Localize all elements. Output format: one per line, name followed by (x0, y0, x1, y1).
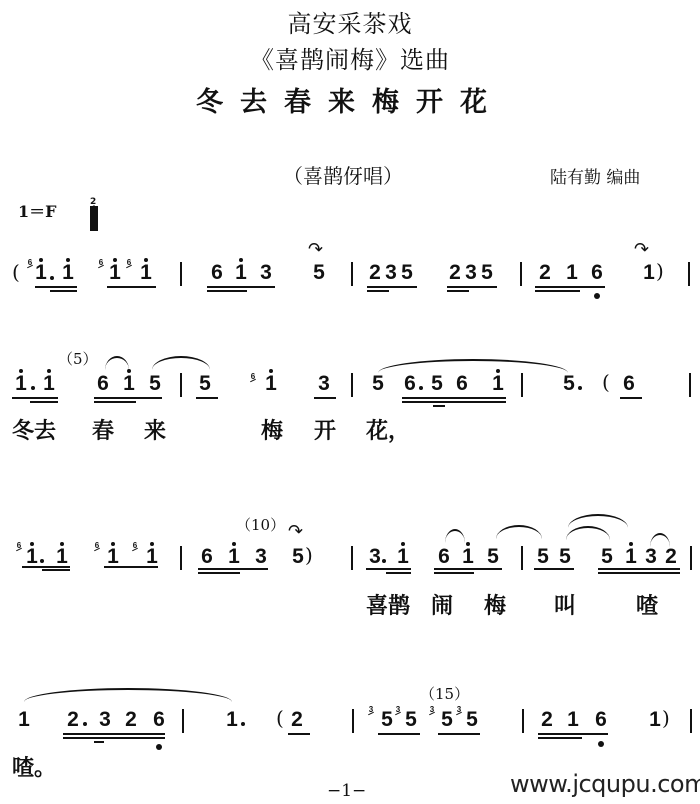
high-octave-dot (66, 258, 70, 262)
slur (496, 525, 542, 539)
lyric: 开 (314, 420, 336, 444)
note: 1 (145, 546, 159, 568)
underline-sixteenth (63, 737, 165, 739)
note: 2 (368, 262, 382, 284)
underline-thirtysecond (433, 405, 445, 407)
note: 5 (465, 709, 479, 731)
high-octave-dot (113, 258, 117, 262)
underline-sixteenth (434, 572, 474, 574)
grace-note: 6 (93, 542, 101, 550)
slur (445, 529, 465, 543)
slur (24, 688, 232, 702)
lyric: 喳 (636, 595, 658, 619)
slur (152, 356, 210, 370)
barline (351, 546, 353, 570)
key-signature: 1＝F (18, 199, 57, 222)
high-octave-dot (39, 258, 43, 262)
grace-note: 3 (394, 706, 402, 714)
grace-note: 3 (367, 706, 375, 714)
singer-role: （喜鹊伢唱） (283, 160, 403, 189)
note: 3 (384, 262, 398, 284)
note: 3 (254, 546, 268, 568)
note: 6 (590, 262, 604, 284)
lyric: 来 (144, 420, 166, 444)
underline-eighth (620, 397, 642, 399)
note: 6 (210, 262, 224, 284)
note: 1 (225, 709, 239, 731)
note: 5 (480, 262, 494, 284)
note: 1 (565, 262, 579, 284)
underline-eighth (535, 286, 605, 288)
note: 3 (259, 262, 273, 284)
barline (351, 373, 353, 397)
underline-eighth (288, 733, 310, 735)
note: 1 (461, 546, 475, 568)
augmentation-dot (31, 386, 35, 390)
underline-sixteenth (30, 401, 58, 403)
open-paren: ( (602, 371, 610, 393)
underline-sixteenth (42, 569, 70, 571)
grace-note: 3 (455, 706, 463, 714)
measure-number: （15） (420, 683, 469, 704)
grace-note: 6 (15, 542, 23, 550)
underline-sixteenth (94, 401, 136, 403)
underline-eighth (314, 397, 336, 399)
lyric: 花， (366, 420, 410, 444)
barline (521, 546, 523, 570)
note: 1 (14, 373, 28, 395)
underline-eighth (438, 733, 480, 735)
lyric: 闹 (431, 595, 453, 619)
high-octave-dot (496, 369, 500, 373)
underline-eighth (94, 397, 162, 399)
underline-eighth (402, 397, 506, 399)
high-octave-dot (239, 258, 243, 262)
song-title: 冬去春来梅开花 (0, 80, 700, 119)
high-octave-dot (401, 542, 405, 546)
note: 5 (291, 546, 305, 568)
barline (690, 709, 692, 733)
augmentation-dot (83, 722, 87, 726)
note: 6 (455, 373, 469, 395)
high-octave-dot (19, 369, 23, 373)
underline-sixteenth (535, 290, 580, 292)
note: 5 (198, 373, 212, 395)
note: 1 (139, 262, 153, 284)
lyric: 叫 (554, 595, 576, 619)
measure-number: （10） (236, 514, 285, 535)
note: 5 (430, 373, 444, 395)
note: 1 (642, 262, 656, 284)
high-octave-dot (47, 369, 51, 373)
note: 3 (464, 262, 478, 284)
note: 1 (234, 262, 248, 284)
augmentation-dot (578, 386, 582, 390)
note: 6 (622, 373, 636, 395)
note: 1 (227, 546, 241, 568)
underline-eighth (434, 568, 502, 570)
note: 6 (152, 709, 166, 731)
slur (568, 514, 628, 528)
turn-ornament-icon: ↷ (288, 525, 303, 539)
barline (182, 709, 184, 733)
turn-ornament-icon: ↷ (634, 243, 649, 257)
slur (566, 526, 610, 540)
underline-eighth (104, 566, 158, 568)
note: 1 (25, 546, 39, 568)
grace-note: 6 (249, 373, 257, 381)
underline-eighth (35, 286, 77, 288)
time-signature: 2 4 (90, 198, 96, 214)
underline-eighth (63, 733, 165, 735)
note: 5 (148, 373, 162, 395)
note: 1 (17, 709, 31, 731)
note: 3 (368, 546, 382, 568)
note: 1 (122, 373, 136, 395)
underline-eighth (367, 286, 417, 288)
open-paren: ( (276, 707, 284, 729)
barline (689, 373, 691, 397)
grace-note: 3 (428, 706, 436, 714)
note: 1 (566, 709, 580, 731)
high-octave-dot (60, 542, 64, 546)
slur (105, 356, 129, 370)
note: 5 (312, 262, 326, 284)
underline-eighth (534, 568, 574, 570)
lyric: 喜鹊 (366, 595, 410, 619)
low-octave-dot (594, 293, 600, 299)
note: 3 (317, 373, 331, 395)
underline-sixteenth (367, 290, 389, 292)
note: 1 (34, 262, 48, 284)
note: 5 (400, 262, 414, 284)
note: 5 (562, 373, 576, 395)
lyric: 梅 (261, 420, 283, 444)
underline-eighth (198, 568, 268, 570)
barline (180, 262, 182, 286)
high-octave-dot (111, 542, 115, 546)
note: 1 (108, 262, 122, 284)
note: 2 (664, 546, 678, 568)
note: 6 (403, 373, 417, 395)
underline-eighth (598, 568, 680, 570)
note: 6 (96, 373, 110, 395)
note: 2 (290, 709, 304, 731)
note: 3 (98, 709, 112, 731)
high-octave-dot (466, 542, 470, 546)
note: 1 (55, 546, 69, 568)
underline-sixteenth (198, 572, 240, 574)
underline-sixteenth (447, 290, 469, 292)
note: 5 (536, 546, 550, 568)
lyric: 冬去 (12, 420, 56, 444)
underline-eighth (196, 397, 218, 399)
note: 1 (61, 262, 75, 284)
grace-note: 6 (131, 542, 139, 550)
underline-sixteenth (538, 737, 582, 739)
note: 2 (124, 709, 138, 731)
underline-sixteenth (50, 290, 77, 292)
barline (180, 373, 182, 397)
note: 5 (600, 546, 614, 568)
barline (522, 709, 524, 733)
underline-eighth (378, 733, 420, 735)
composer-credit: 陆有勤 编曲 (550, 163, 640, 188)
high-octave-dot (629, 542, 633, 546)
note: 1 (42, 373, 56, 395)
grace-note: 6 (97, 259, 105, 267)
note: 5 (380, 709, 394, 731)
note: 1 (264, 373, 278, 395)
note: 3 (644, 546, 658, 568)
note: 1 (491, 373, 505, 395)
low-octave-dot (598, 741, 604, 747)
turn-ornament-icon: ↷ (308, 243, 323, 257)
augmentation-dot (40, 559, 44, 563)
opera-source-title: 《喜鹊闹梅》选曲 (0, 40, 700, 75)
barline (688, 262, 690, 286)
underline-eighth (12, 397, 58, 399)
underline-eighth (107, 286, 156, 288)
note: 1 (106, 546, 120, 568)
barline (351, 262, 353, 286)
note: 6 (594, 709, 608, 731)
grace-note: 6 (125, 259, 133, 267)
augmentation-dot (50, 276, 54, 280)
lyric: 春 (92, 420, 114, 444)
lyric: 喳。 (12, 757, 56, 781)
note: 5 (371, 373, 385, 395)
close-paren: ) (656, 260, 664, 282)
grace-note: 6 (26, 259, 34, 267)
page-number: −1− (327, 781, 366, 801)
note: 2 (448, 262, 462, 284)
barline (520, 262, 522, 286)
note: 2 (66, 709, 80, 731)
high-octave-dot (30, 542, 34, 546)
high-octave-dot (144, 258, 148, 262)
note: 1 (396, 546, 410, 568)
underline-eighth (366, 568, 411, 570)
note: 6 (200, 546, 214, 568)
note: 5 (404, 709, 418, 731)
note: 6 (437, 546, 451, 568)
underline-sixteenth (402, 401, 506, 403)
high-octave-dot (150, 542, 154, 546)
underline-eighth (538, 733, 608, 735)
underline-eighth (447, 286, 497, 288)
close-paren: ) (305, 544, 313, 566)
underline-sixteenth (386, 572, 411, 574)
note: 5 (486, 546, 500, 568)
barline (180, 546, 182, 570)
underline-thirtysecond (94, 741, 104, 743)
underline-eighth (22, 566, 70, 568)
opera-genre-title: 高安采茶戏 (0, 4, 700, 39)
note: 1 (624, 546, 638, 568)
lyric: 梅 (484, 595, 506, 619)
close-paren: ) (662, 707, 670, 729)
underline-sixteenth (598, 572, 680, 574)
barline (690, 546, 692, 570)
watermark-link[interactable]: www.jcqupu.com (510, 770, 700, 798)
barline (352, 709, 354, 733)
low-octave-dot (156, 744, 162, 750)
time-sig-divider (90, 206, 98, 231)
measure-number: （5） (58, 348, 98, 369)
note: 2 (538, 262, 552, 284)
note: 2 (540, 709, 554, 731)
high-octave-dot (232, 542, 236, 546)
note: 1 (648, 709, 662, 731)
note: 5 (558, 546, 572, 568)
open-paren: ( (12, 261, 20, 283)
barline (521, 373, 523, 397)
slur (378, 359, 568, 373)
augmentation-dot (419, 386, 423, 390)
underline-eighth (207, 286, 275, 288)
high-octave-dot (269, 369, 273, 373)
augmentation-dot (241, 722, 245, 726)
underline-sixteenth (207, 290, 247, 292)
note: 5 (440, 709, 454, 731)
augmentation-dot (382, 559, 386, 563)
high-octave-dot (127, 369, 131, 373)
